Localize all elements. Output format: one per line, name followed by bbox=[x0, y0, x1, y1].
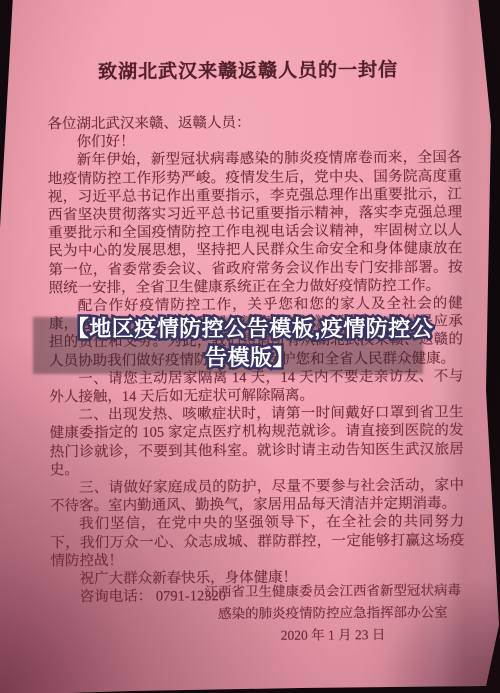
letter-paragraph: 我们坚信，在党中央的坚强领导下，在全社会的共同努力下，我们万众一心、众志成城、群… bbox=[50, 513, 464, 570]
signature-date: 2020 年 1 月 23 日 bbox=[198, 623, 468, 647]
signature-line: 江西省卫生健康委员会江西省新型冠状病毒 bbox=[198, 579, 468, 603]
watermark-line: 告模版】 bbox=[50, 344, 450, 373]
letter-paragraph: 新年伊始，新型冠状病毒感染的肺炎疫情席卷而来，全国各地疫情防控工作形势严峻。疫情… bbox=[48, 149, 463, 298]
watermark-line: 【地区疫情防控公告模板,疫情防控公 bbox=[50, 315, 450, 344]
letter-paragraph: 三、请做好家庭成员的防护，尽量不要参与社会活动，家中不待客。室内勤通风、勤换气，… bbox=[50, 477, 464, 516]
letter-title: 致湖北武汉来赣返赣人员的一封信 bbox=[0, 54, 498, 84]
signature-block: 江西省卫生健康委员会江西省新型冠状病毒 感染的肺炎疫情防控应急指挥部办公室 20… bbox=[198, 579, 468, 647]
signature-line: 感染的肺炎疫情防控应急指挥部办公室 bbox=[198, 601, 468, 625]
watermark-fill-layer: 【地区疫情防控公告模板,疫情防控公 告模版】 bbox=[50, 315, 450, 372]
letter-photo: 致湖北武汉来赣返赣人员的一封信 各位湖北武汉来赣、返赣人员： 你们好！ 新年伊始… bbox=[0, 0, 500, 693]
letter-paragraph: 二、出现发热、咳嗽症状时，请第一时间戴好口罩到省卫生健康委指定的 105 家定点… bbox=[49, 404, 463, 480]
